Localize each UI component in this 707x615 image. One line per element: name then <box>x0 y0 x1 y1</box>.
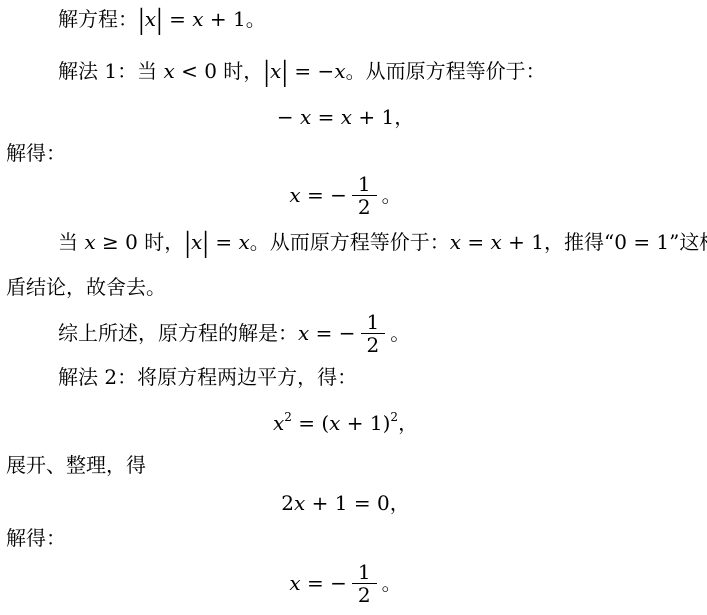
case-nonnegative-line1: 当 x ≥ 0 时，|x| = x。从而原方程等价于：x = x + 1，推得“… <box>6 229 701 256</box>
math-text: 2 <box>281 491 294 515</box>
math-text: < 0 <box>175 59 224 83</box>
case-nonnegative-line2: 盾结论，故舍去。 <box>6 274 701 301</box>
math-text: = <box>209 230 238 254</box>
math-text: + 1) <box>340 411 390 435</box>
abs-bar: | <box>138 1 145 37</box>
fraction: 12 <box>352 173 377 218</box>
method2-heading: 解法 2：将原方程两边平方，得： <box>6 364 701 391</box>
expand-label: 展开、整理，得 <box>6 452 701 479</box>
text-run: ， <box>398 411 418 435</box>
abs-bar: | <box>263 53 270 89</box>
math-text: + 1 <box>502 230 544 254</box>
text-run: 时， <box>144 230 184 254</box>
fraction-denominator: 2 <box>352 583 377 606</box>
text-run: ”这样的矛 <box>669 230 707 254</box>
math-var: x <box>270 59 281 83</box>
math-var: x <box>341 105 352 129</box>
text-run: 。 <box>382 182 402 209</box>
math-var: x <box>491 230 502 254</box>
text-run: 解方程： <box>58 7 138 31</box>
text-run: 。从而原方程等价于： <box>346 59 546 83</box>
math-var: x <box>289 182 300 209</box>
math-text: = <box>311 105 340 129</box>
text-run: ， <box>394 105 414 129</box>
math-var: x <box>145 7 156 31</box>
conclusion: 综上所述，原方程的解是：x = −12。 <box>6 309 701 357</box>
math-var: x <box>289 570 300 597</box>
text-run: 展开、整理，得 <box>6 453 146 477</box>
math-text: = ( <box>292 411 329 435</box>
superscript: 2 <box>390 410 398 424</box>
text-run: 时， <box>223 59 263 83</box>
math-text: + 1 <box>352 105 394 129</box>
solution-fraction-2: x = −12。 <box>6 559 701 607</box>
fraction-denominator: 2 <box>361 333 386 356</box>
problem-statement: 解方程：|x| = x + 1。 <box>6 6 701 33</box>
math-var: x <box>300 105 311 129</box>
equation-neg-x: − x = x + 1， <box>6 104 701 131</box>
math-text: 0 = 1 <box>614 230 669 254</box>
text-run: 。 <box>382 570 402 597</box>
fraction: 12 <box>352 561 377 606</box>
math-var: x <box>163 59 174 83</box>
document-page: 解方程：|x| = x + 1。解法 1：当 x < 0 时，|x| = −x。… <box>0 0 707 615</box>
math-var: x <box>294 491 305 515</box>
math-text: = <box>461 230 490 254</box>
fraction-numerator: 1 <box>352 173 377 195</box>
math-var: x <box>273 411 284 435</box>
text-run: 解法 2：将原方程两边平方，得： <box>58 365 357 389</box>
equation-squared: x2 = (x + 1)2， <box>6 404 701 437</box>
fraction-numerator: 1 <box>352 561 377 583</box>
method1-heading: 解法 1：当 x < 0 时，|x| = −x。从而原方程等价于： <box>6 58 701 85</box>
math-text: = − <box>288 59 334 83</box>
math-var: x <box>191 230 202 254</box>
superscript: 2 <box>284 410 292 424</box>
math-var: x <box>329 411 340 435</box>
text-run: 。 <box>390 320 410 347</box>
abs-bar: | <box>156 1 163 37</box>
math-var: x <box>450 230 461 254</box>
math-var: x <box>334 59 345 83</box>
math-text: = − <box>301 182 347 209</box>
abs-bar: | <box>202 224 209 260</box>
solve-label-2: 解得： <box>6 525 701 552</box>
fraction-numerator: 1 <box>361 311 386 333</box>
math-text: = − <box>301 570 347 597</box>
equation-linear: 2x + 1 = 0， <box>6 490 701 517</box>
fraction-denominator: 2 <box>352 195 377 218</box>
text-run: 解得： <box>6 141 66 165</box>
math-text: + 1 <box>204 7 246 31</box>
math-var: x <box>298 320 309 347</box>
text-run: 解得： <box>6 526 66 550</box>
text-run: 。从而原方程等价于： <box>250 230 450 254</box>
text-run: 。 <box>246 7 266 31</box>
text-run: 当 <box>58 230 84 254</box>
math-text: ≥ 0 <box>96 230 145 254</box>
math-var: x <box>192 7 203 31</box>
solve-label-1: 解得： <box>6 140 701 167</box>
math-text: = <box>163 7 192 31</box>
math-text: − <box>277 105 300 129</box>
math-var: x <box>238 230 249 254</box>
text-run: 盾结论，故舍去。 <box>6 275 166 299</box>
math-text: = − <box>309 320 355 347</box>
text-run: 综上所述，原方程的解是： <box>58 320 298 347</box>
abs-bar: | <box>281 53 288 89</box>
solution-fraction-1: x = −12。 <box>6 171 701 219</box>
fraction: 12 <box>361 311 386 356</box>
abs-bar: | <box>184 224 191 260</box>
math-var: x <box>84 230 95 254</box>
text-run: ，推得“ <box>544 230 614 254</box>
text-run: ， <box>390 491 410 515</box>
text-run: 解法 1：当 <box>58 59 163 83</box>
math-text: + 1 = 0 <box>305 491 389 515</box>
